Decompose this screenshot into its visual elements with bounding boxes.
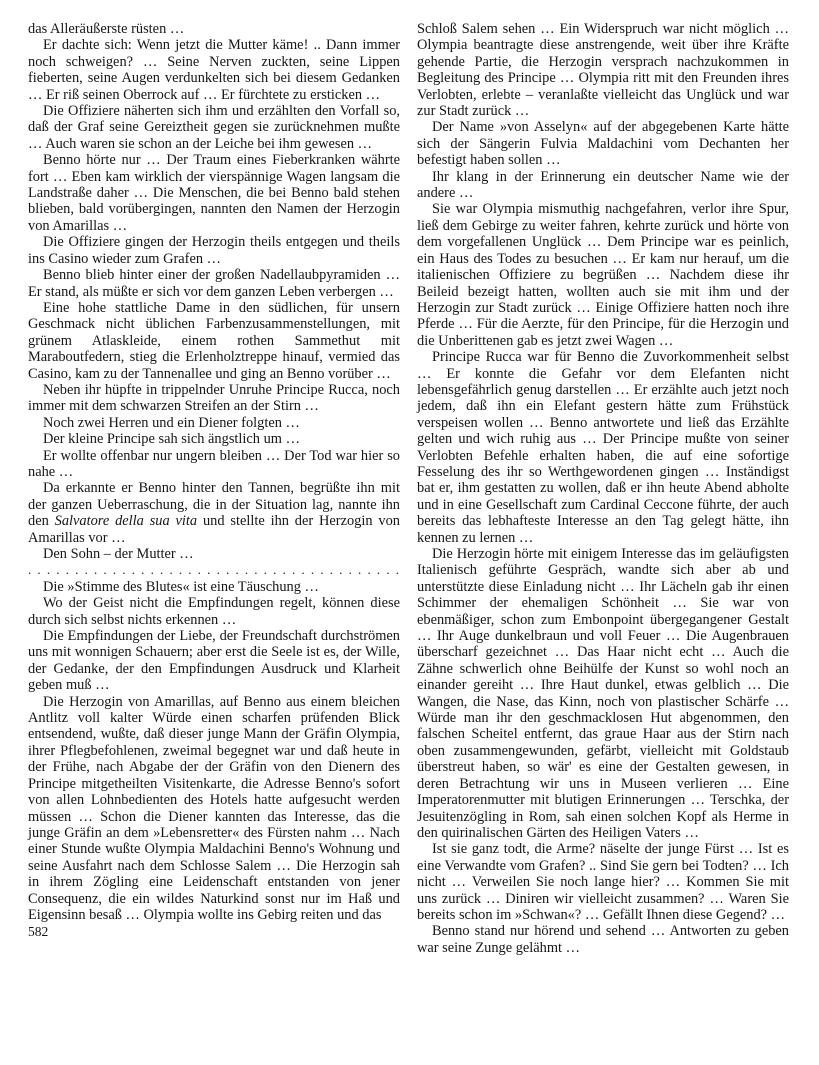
- paragraph: Schloß Salem sehen … Ein Widerspruch war…: [417, 21, 789, 119]
- paragraph: Die Herzogin von Amarillas, auf Benno au…: [28, 694, 400, 924]
- paragraph: Die Offiziere gingen der Herzogin theils…: [28, 234, 400, 267]
- paragraph: Eine hohe stattliche Dame in den südlich…: [28, 300, 400, 382]
- paragraph: das Alleräußerste rüsten …: [28, 21, 400, 37]
- paragraph: Neben ihr hüpfte in trippelnder Unruhe P…: [28, 382, 400, 415]
- paragraph: Principe Rucca war für Benno die Zuvorko…: [417, 349, 789, 546]
- paragraph: Die Herzogin hörte mit einigem Interesse…: [417, 546, 789, 841]
- text-column-left: das Alleräußerste rüsten …Er dachte sich…: [28, 21, 400, 1065]
- paragraph: Die Offiziere näherten sich ihm und erzä…: [28, 103, 400, 152]
- section-divider-dots: . . . . . . . . . . . . . . . . . . . . …: [28, 562, 400, 578]
- paragraph: Den Sohn – der Mutter …: [28, 546, 400, 562]
- text-column-right: Schloß Salem sehen … Ein Widerspruch war…: [417, 21, 789, 1065]
- paragraph: Der kleine Principe sah sich ängstlich u…: [28, 431, 400, 447]
- paragraph: Ist sie ganz todt, die Arme? näselte der…: [417, 841, 789, 923]
- paragraph: Die »Stimme des Blutes« ist eine Täuschu…: [28, 579, 400, 595]
- paragraph: Der Name »von Asselyn« auf der abgegeben…: [417, 119, 789, 168]
- italic-phrase: Salvatore della sua vita: [55, 513, 197, 529]
- paragraph: Wo der Geist nicht die Empfindungen rege…: [28, 595, 400, 628]
- paragraph: Benno stand nur hörend und sehend … Antw…: [417, 923, 789, 956]
- page-number: 582: [28, 924, 400, 940]
- paragraph: Sie war Olympia mismuthig nachgefahren, …: [417, 201, 789, 349]
- paragraph: Ihr klang in der Erinnerung ein deutsche…: [417, 169, 789, 202]
- paragraph: Noch zwei Herren und ein Diener folgten …: [28, 415, 400, 431]
- paragraph: Benno hörte nur … Der Traum eines Fieber…: [28, 152, 400, 234]
- book-page: das Alleräußerste rüsten …Er dachte sich…: [0, 0, 819, 1065]
- paragraph: Da erkannte er Benno hinter den Tannen, …: [28, 480, 400, 546]
- paragraph: Er dachte sich: Wenn jetzt die Mutter kä…: [28, 37, 400, 103]
- paragraph: Die Empfindungen der Liebe, der Freundsc…: [28, 628, 400, 694]
- paragraph: Benno blieb hinter einer der großen Nade…: [28, 267, 400, 300]
- paragraph: Er wollte offenbar nur ungern bleiben … …: [28, 448, 400, 481]
